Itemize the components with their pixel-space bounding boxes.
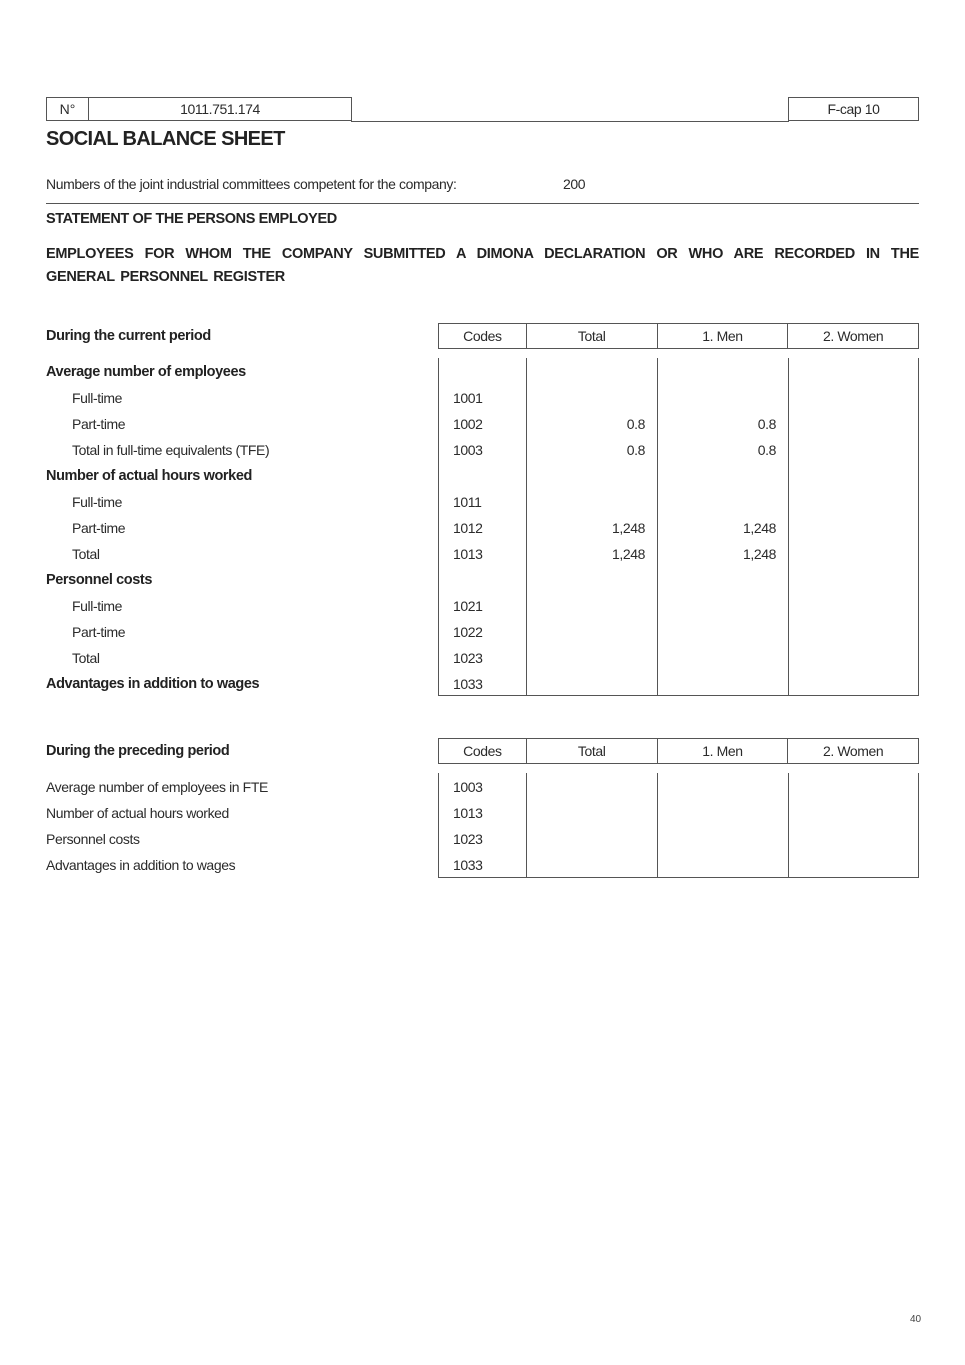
row-men: 1,248 bbox=[657, 520, 776, 536]
row-men: 1,248 bbox=[657, 546, 776, 562]
row-code: 1022 bbox=[453, 624, 483, 640]
company-number: 1011.751.174 bbox=[88, 97, 352, 121]
row-label: Number of actual hours worked bbox=[46, 805, 229, 821]
row-code: 1011 bbox=[453, 494, 482, 510]
column-header-codes: Codes bbox=[439, 739, 527, 763]
column-header-women: 2. Women bbox=[788, 324, 918, 348]
row-code: 1002 bbox=[453, 416, 483, 432]
row-code: 1003 bbox=[453, 442, 483, 458]
row-code: 1012 bbox=[453, 520, 483, 536]
column-header-men: 1. Men bbox=[658, 739, 789, 763]
row-label: Part-time bbox=[72, 416, 125, 432]
column-header-men: 1. Men bbox=[658, 324, 789, 348]
row-label: Part-time bbox=[72, 520, 125, 536]
subsection-title: EMPLOYEES FOR WHOM THE COMPANY SUBMITTED… bbox=[46, 243, 919, 289]
row-label: Full-time bbox=[72, 494, 122, 510]
row-total: 1,248 bbox=[526, 546, 645, 562]
column-header-women: 2. Women bbox=[788, 739, 918, 763]
row-label: Part-time bbox=[72, 624, 125, 640]
row-label: Number of actual hours worked bbox=[46, 468, 252, 484]
row-men: 0.8 bbox=[657, 416, 776, 432]
number-label: N° bbox=[46, 97, 89, 121]
row-label: Advantages in addition to wages bbox=[46, 857, 235, 873]
table-row: Personnel costs bbox=[0, 568, 965, 594]
table-row: Advantages in addition to wages1033 bbox=[0, 853, 965, 879]
preceding-period-title: During the preceding period bbox=[46, 743, 229, 759]
header-divider bbox=[351, 121, 789, 122]
row-label: Total in full-time equivalents (TFE) bbox=[72, 442, 269, 458]
joint-committees-value: 200 bbox=[563, 176, 585, 192]
table-row: Part-time1022 bbox=[0, 620, 965, 646]
row-code: 1001 bbox=[453, 390, 483, 406]
column-header-codes: Codes bbox=[439, 324, 527, 348]
row-label: Total bbox=[72, 546, 100, 562]
row-total: 1,248 bbox=[526, 520, 645, 536]
table-row: Average number of employees in FTE1003 bbox=[0, 775, 965, 801]
column-header-total: Total bbox=[527, 739, 658, 763]
row-label: Personnel costs bbox=[46, 572, 152, 588]
row-label: Total bbox=[72, 650, 100, 666]
table-row: Personnel costs1023 bbox=[0, 827, 965, 853]
table-row: Number of actual hours worked1013 bbox=[0, 801, 965, 827]
row-code: 1013 bbox=[453, 805, 483, 821]
table-row: Total1023 bbox=[0, 646, 965, 672]
table-row: Total in full-time equivalents (TFE)1003… bbox=[0, 438, 965, 464]
section-title: STATEMENT OF THE PERSONS EMPLOYED bbox=[46, 211, 337, 227]
row-code: 1023 bbox=[453, 831, 483, 847]
section-divider bbox=[46, 203, 919, 204]
current-period-header: Codes Total 1. Men 2. Women bbox=[438, 323, 919, 349]
row-code: 1023 bbox=[453, 650, 483, 666]
row-men: 0.8 bbox=[657, 442, 776, 458]
row-code: 1003 bbox=[453, 779, 483, 795]
page-number: 40 bbox=[910, 1314, 921, 1325]
row-total: 0.8 bbox=[526, 416, 645, 432]
row-total: 0.8 bbox=[526, 442, 645, 458]
table-row: Number of actual hours worked bbox=[0, 464, 965, 490]
table-row: Full-time1021 bbox=[0, 594, 965, 620]
row-code: 1033 bbox=[453, 676, 483, 692]
preceding-period-header: Codes Total 1. Men 2. Women bbox=[438, 738, 919, 764]
table-row: Advantages in addition to wages1033 bbox=[0, 672, 965, 698]
table-row: Part-time10121,2481,248 bbox=[0, 516, 965, 542]
row-label: Advantages in addition to wages bbox=[46, 676, 259, 692]
page-title: SOCIAL BALANCE SHEET bbox=[46, 128, 285, 151]
row-label: Personnel costs bbox=[46, 831, 140, 847]
table-row: Average number of employees bbox=[0, 360, 965, 386]
current-period-title: During the current period bbox=[46, 328, 211, 344]
table-row: Total10131,2481,248 bbox=[0, 542, 965, 568]
row-label: Full-time bbox=[72, 598, 122, 614]
form-code: F-cap 10 bbox=[788, 97, 919, 121]
table-row: Full-time1011 bbox=[0, 490, 965, 516]
column-header-total: Total bbox=[527, 324, 658, 348]
table-row: Part-time10020.80.8 bbox=[0, 412, 965, 438]
row-code: 1021 bbox=[453, 598, 483, 614]
joint-committees-label: Numbers of the joint industrial committe… bbox=[46, 176, 457, 192]
table-row: Full-time1001 bbox=[0, 386, 965, 412]
row-code: 1013 bbox=[453, 546, 483, 562]
row-label: Average number of employees in FTE bbox=[46, 779, 268, 795]
row-code: 1033 bbox=[453, 857, 483, 873]
row-label: Average number of employees bbox=[46, 364, 246, 380]
row-label: Full-time bbox=[72, 390, 122, 406]
